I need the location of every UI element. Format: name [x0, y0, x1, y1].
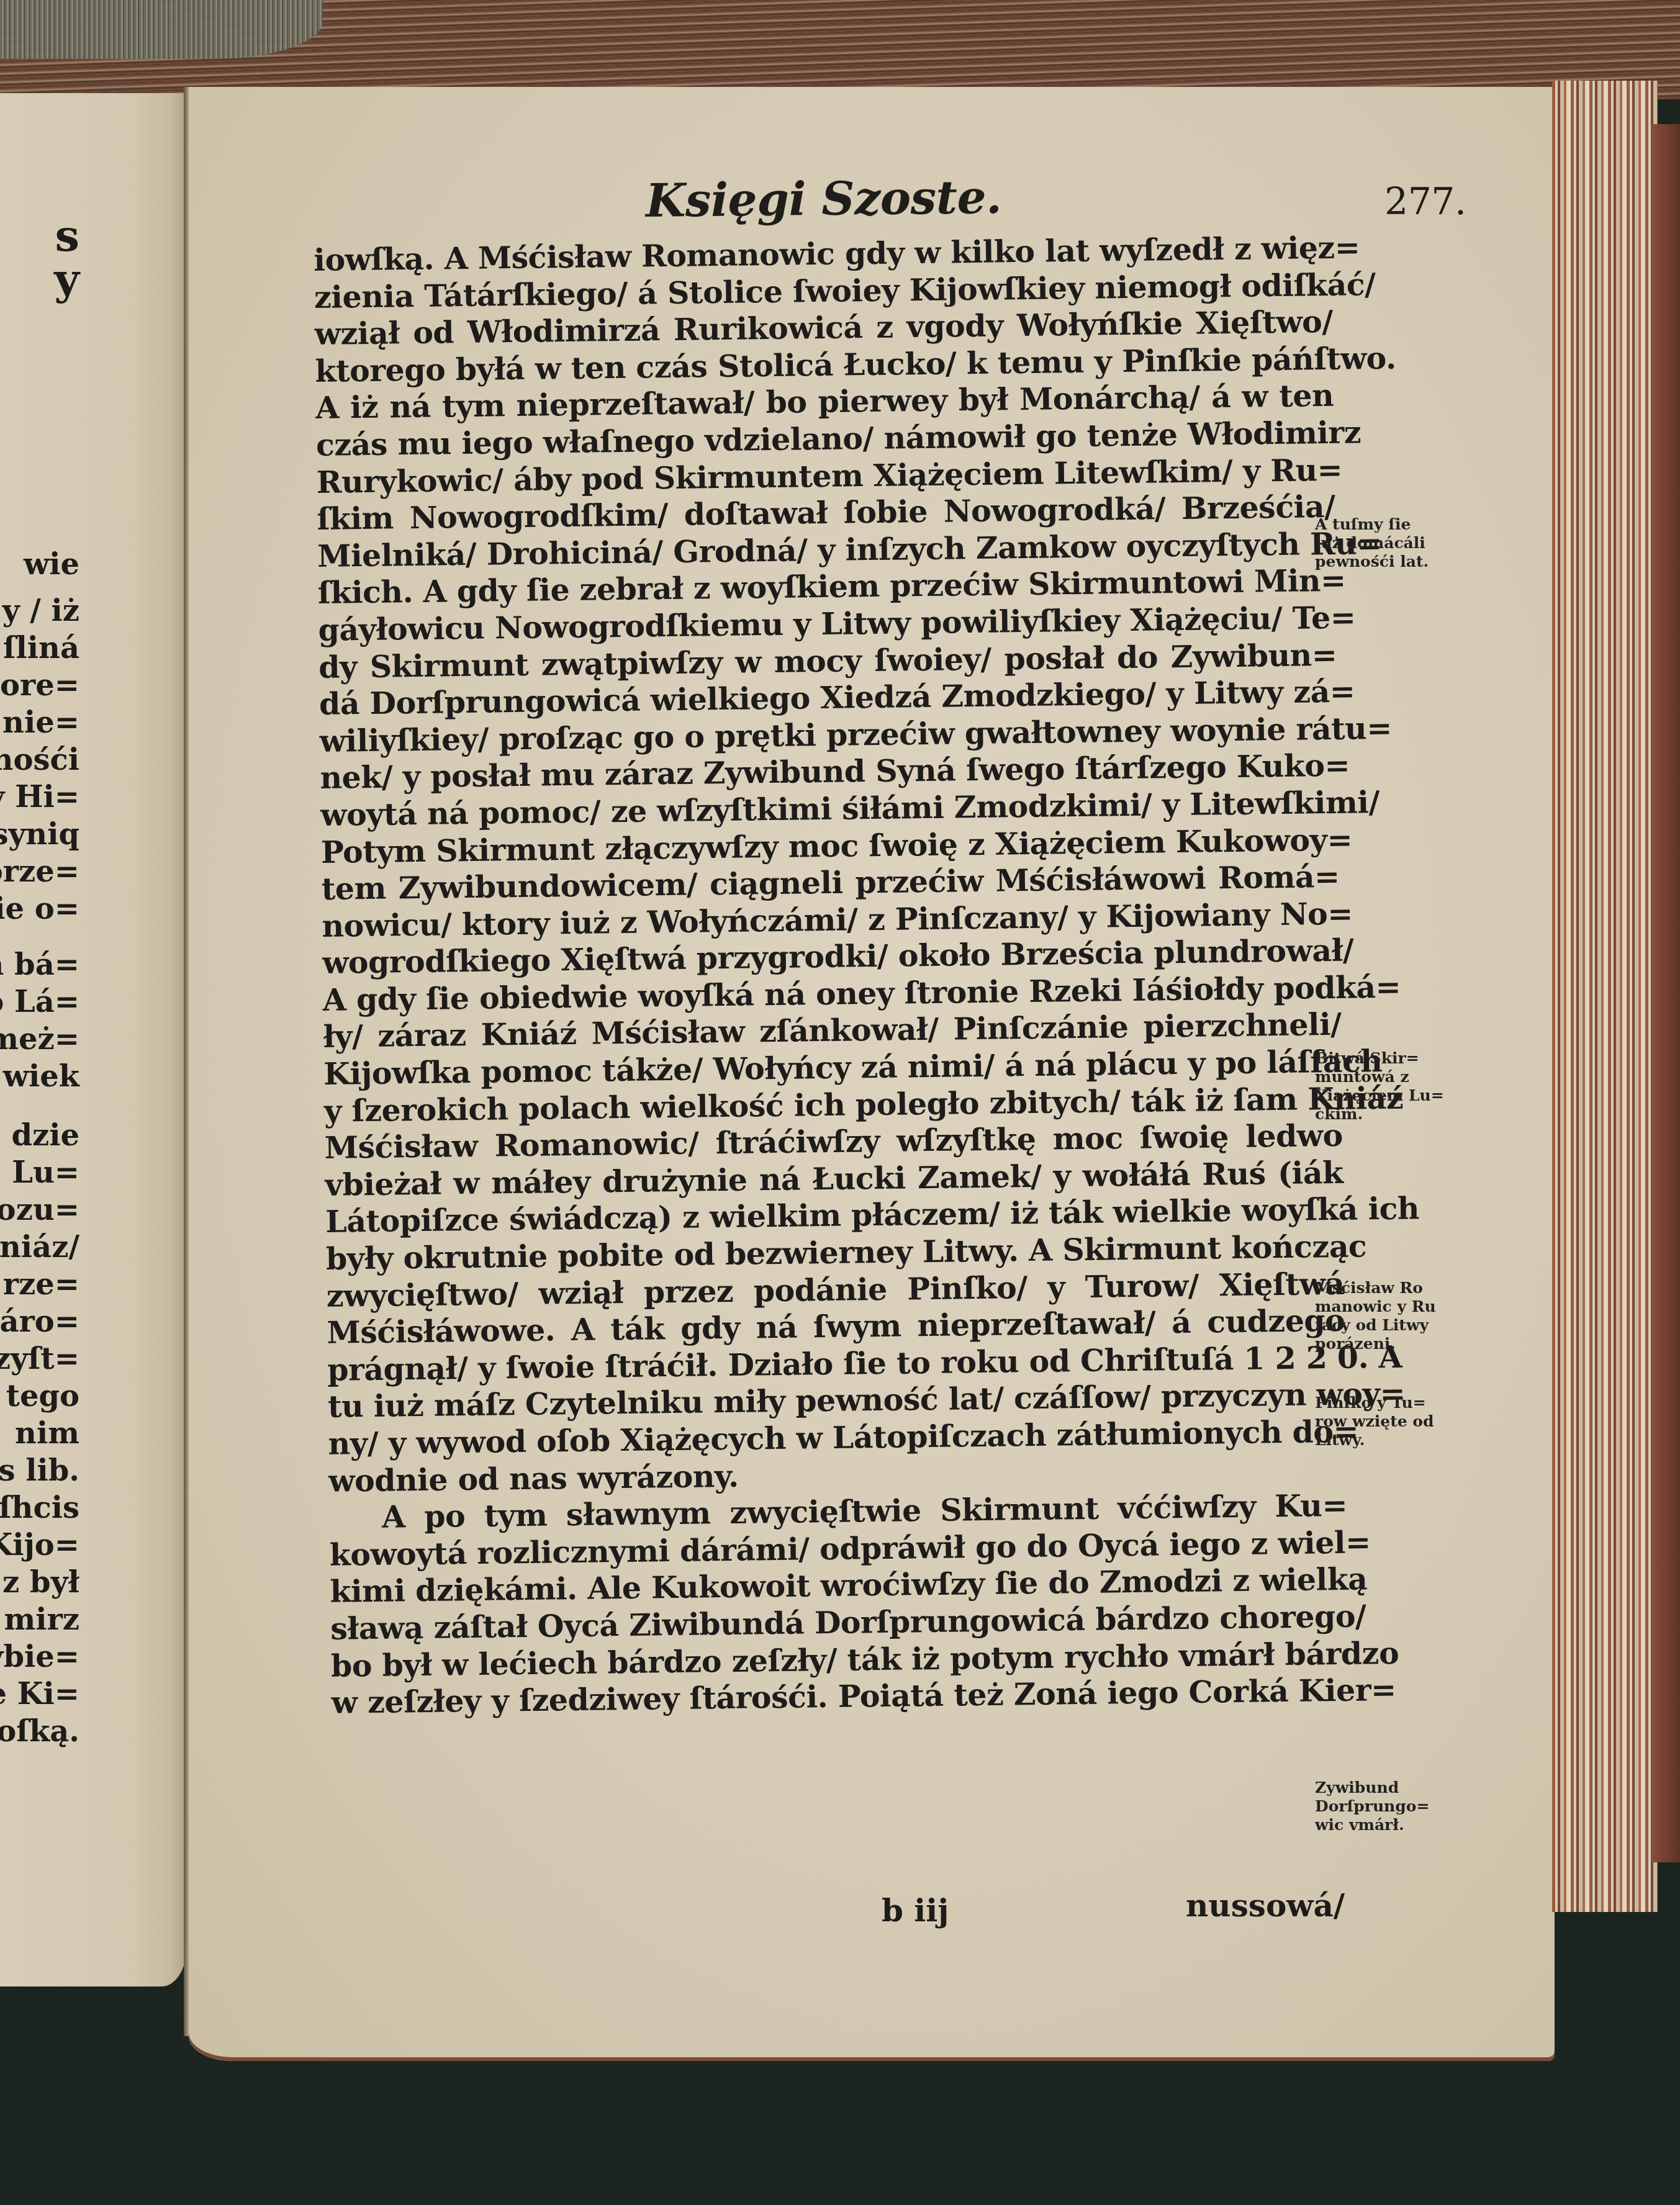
left-page-fragment: e Ki=	[0, 1676, 79, 1713]
left-page-fragment: o Lá=	[0, 984, 79, 1021]
left-page-fragment: nim	[15, 1415, 79, 1453]
catchword: nussowá/	[1186, 1887, 1345, 1924]
left-page-fragment: ozu=	[0, 1192, 79, 1229]
left-page-fragment: ie o=	[0, 891, 79, 928]
left-page-fragment: dzie	[11, 1117, 79, 1155]
body-text-column: iowſką. A Mśćisław Romanowic gdy w kilko…	[314, 230, 1350, 1722]
left-page-fragment: ybie=	[0, 1639, 79, 1676]
margin-note-line: Mśćisław Ro	[1315, 1279, 1476, 1297]
margin-note-line: row wzięte od	[1315, 1412, 1476, 1431]
right-fore-edge-shadow	[1651, 124, 1680, 1862]
left-page-fragment: meż=	[0, 1021, 79, 1058]
left-page-fragment: syniq	[0, 816, 79, 854]
running-head: Księgi Szoste.	[646, 171, 1002, 228]
margin-note-line: iuż domácáli	[1315, 534, 1476, 552]
left-page-fragment: y	[54, 261, 79, 298]
margin-note: Bitwá Skir=muntowá zXiążęciem Lu=ckim.	[1315, 1049, 1476, 1124]
margin-note: Pinſko y Tu=row wzięte odLitwy.	[1315, 1394, 1476, 1450]
left-page-fragment: rze=	[3, 1266, 79, 1304]
margin-note-line: Dorſprungo=	[1315, 1797, 1476, 1816]
left-page-fragment: orze=	[0, 854, 79, 891]
margin-note-line: A tuſmy ſie	[1315, 515, 1476, 534]
margin-note-line: wic vmárł.	[1315, 1816, 1476, 1834]
left-page-fragment: y / iż	[2, 593, 79, 630]
margin-note-line: pewnośći lat.	[1315, 552, 1476, 571]
left-page-fragment: Kijo=	[0, 1527, 79, 1564]
margin-note-line: manowic y Ru	[1315, 1297, 1476, 1316]
margin-note-line: ſacy od Litwy	[1315, 1316, 1476, 1335]
margin-note: A tuſmy ſieiuż domácálipewnośći lat.	[1315, 515, 1476, 571]
left-page-fragment: niáz/	[0, 1229, 79, 1266]
left-page-fragment: ſliná	[3, 630, 79, 667]
binding-headband	[0, 0, 323, 59]
margin-note-line: porázeni.	[1315, 1335, 1476, 1353]
left-page-fragment: s	[55, 217, 79, 255]
left-page-fragment: Lu=	[12, 1155, 79, 1192]
margin-note: Mśćisław Romanowic y Ruſacy od Litwyporá…	[1315, 1279, 1476, 1353]
page-number: 277.	[1384, 180, 1466, 223]
left-page-fragment: nośći	[0, 742, 79, 779]
left-page-fragment: iſhcis	[0, 1490, 79, 1527]
margin-note-line: muntowá z	[1315, 1068, 1476, 1086]
left-page-fragment: us lib.	[0, 1453, 79, 1490]
right-fore-edge	[1552, 81, 1658, 1912]
left-page-fragment: wie	[24, 546, 79, 584]
margin-note-line: Xiążęciem Lu=	[1315, 1086, 1476, 1105]
margin-note-line: Zywibund	[1315, 1779, 1476, 1797]
left-page-fragment: táro=	[0, 1304, 79, 1341]
left-page-fragment: y Hi=	[0, 779, 79, 816]
margin-note-line: Pinſko y Tu=	[1315, 1394, 1476, 1412]
left-page-fragment: oſką.	[0, 1713, 79, 1751]
left-page-fragment: wiek	[3, 1058, 79, 1096]
signature-mark: b iij	[882, 1892, 949, 1929]
left-page-fragment: z był	[2, 1564, 79, 1602]
left-page-fragment: h bá=	[0, 947, 79, 984]
left-page-fragment: tego	[6, 1378, 79, 1415]
left-page-fragment: tore=	[0, 667, 79, 705]
left-page-fragment: mirz	[4, 1602, 79, 1639]
margin-note-line: ckim.	[1315, 1105, 1476, 1124]
background-surface	[0, 2036, 1680, 2205]
left-page-fragment: nie=	[2, 705, 79, 742]
margin-note: ZywibundDorſprungo=wic vmárł.	[1315, 1779, 1476, 1834]
left-page-fragment: ſzyſt=	[0, 1341, 79, 1378]
margin-note-line: Bitwá Skir=	[1315, 1049, 1476, 1068]
margin-note-line: Litwy.	[1315, 1431, 1476, 1450]
